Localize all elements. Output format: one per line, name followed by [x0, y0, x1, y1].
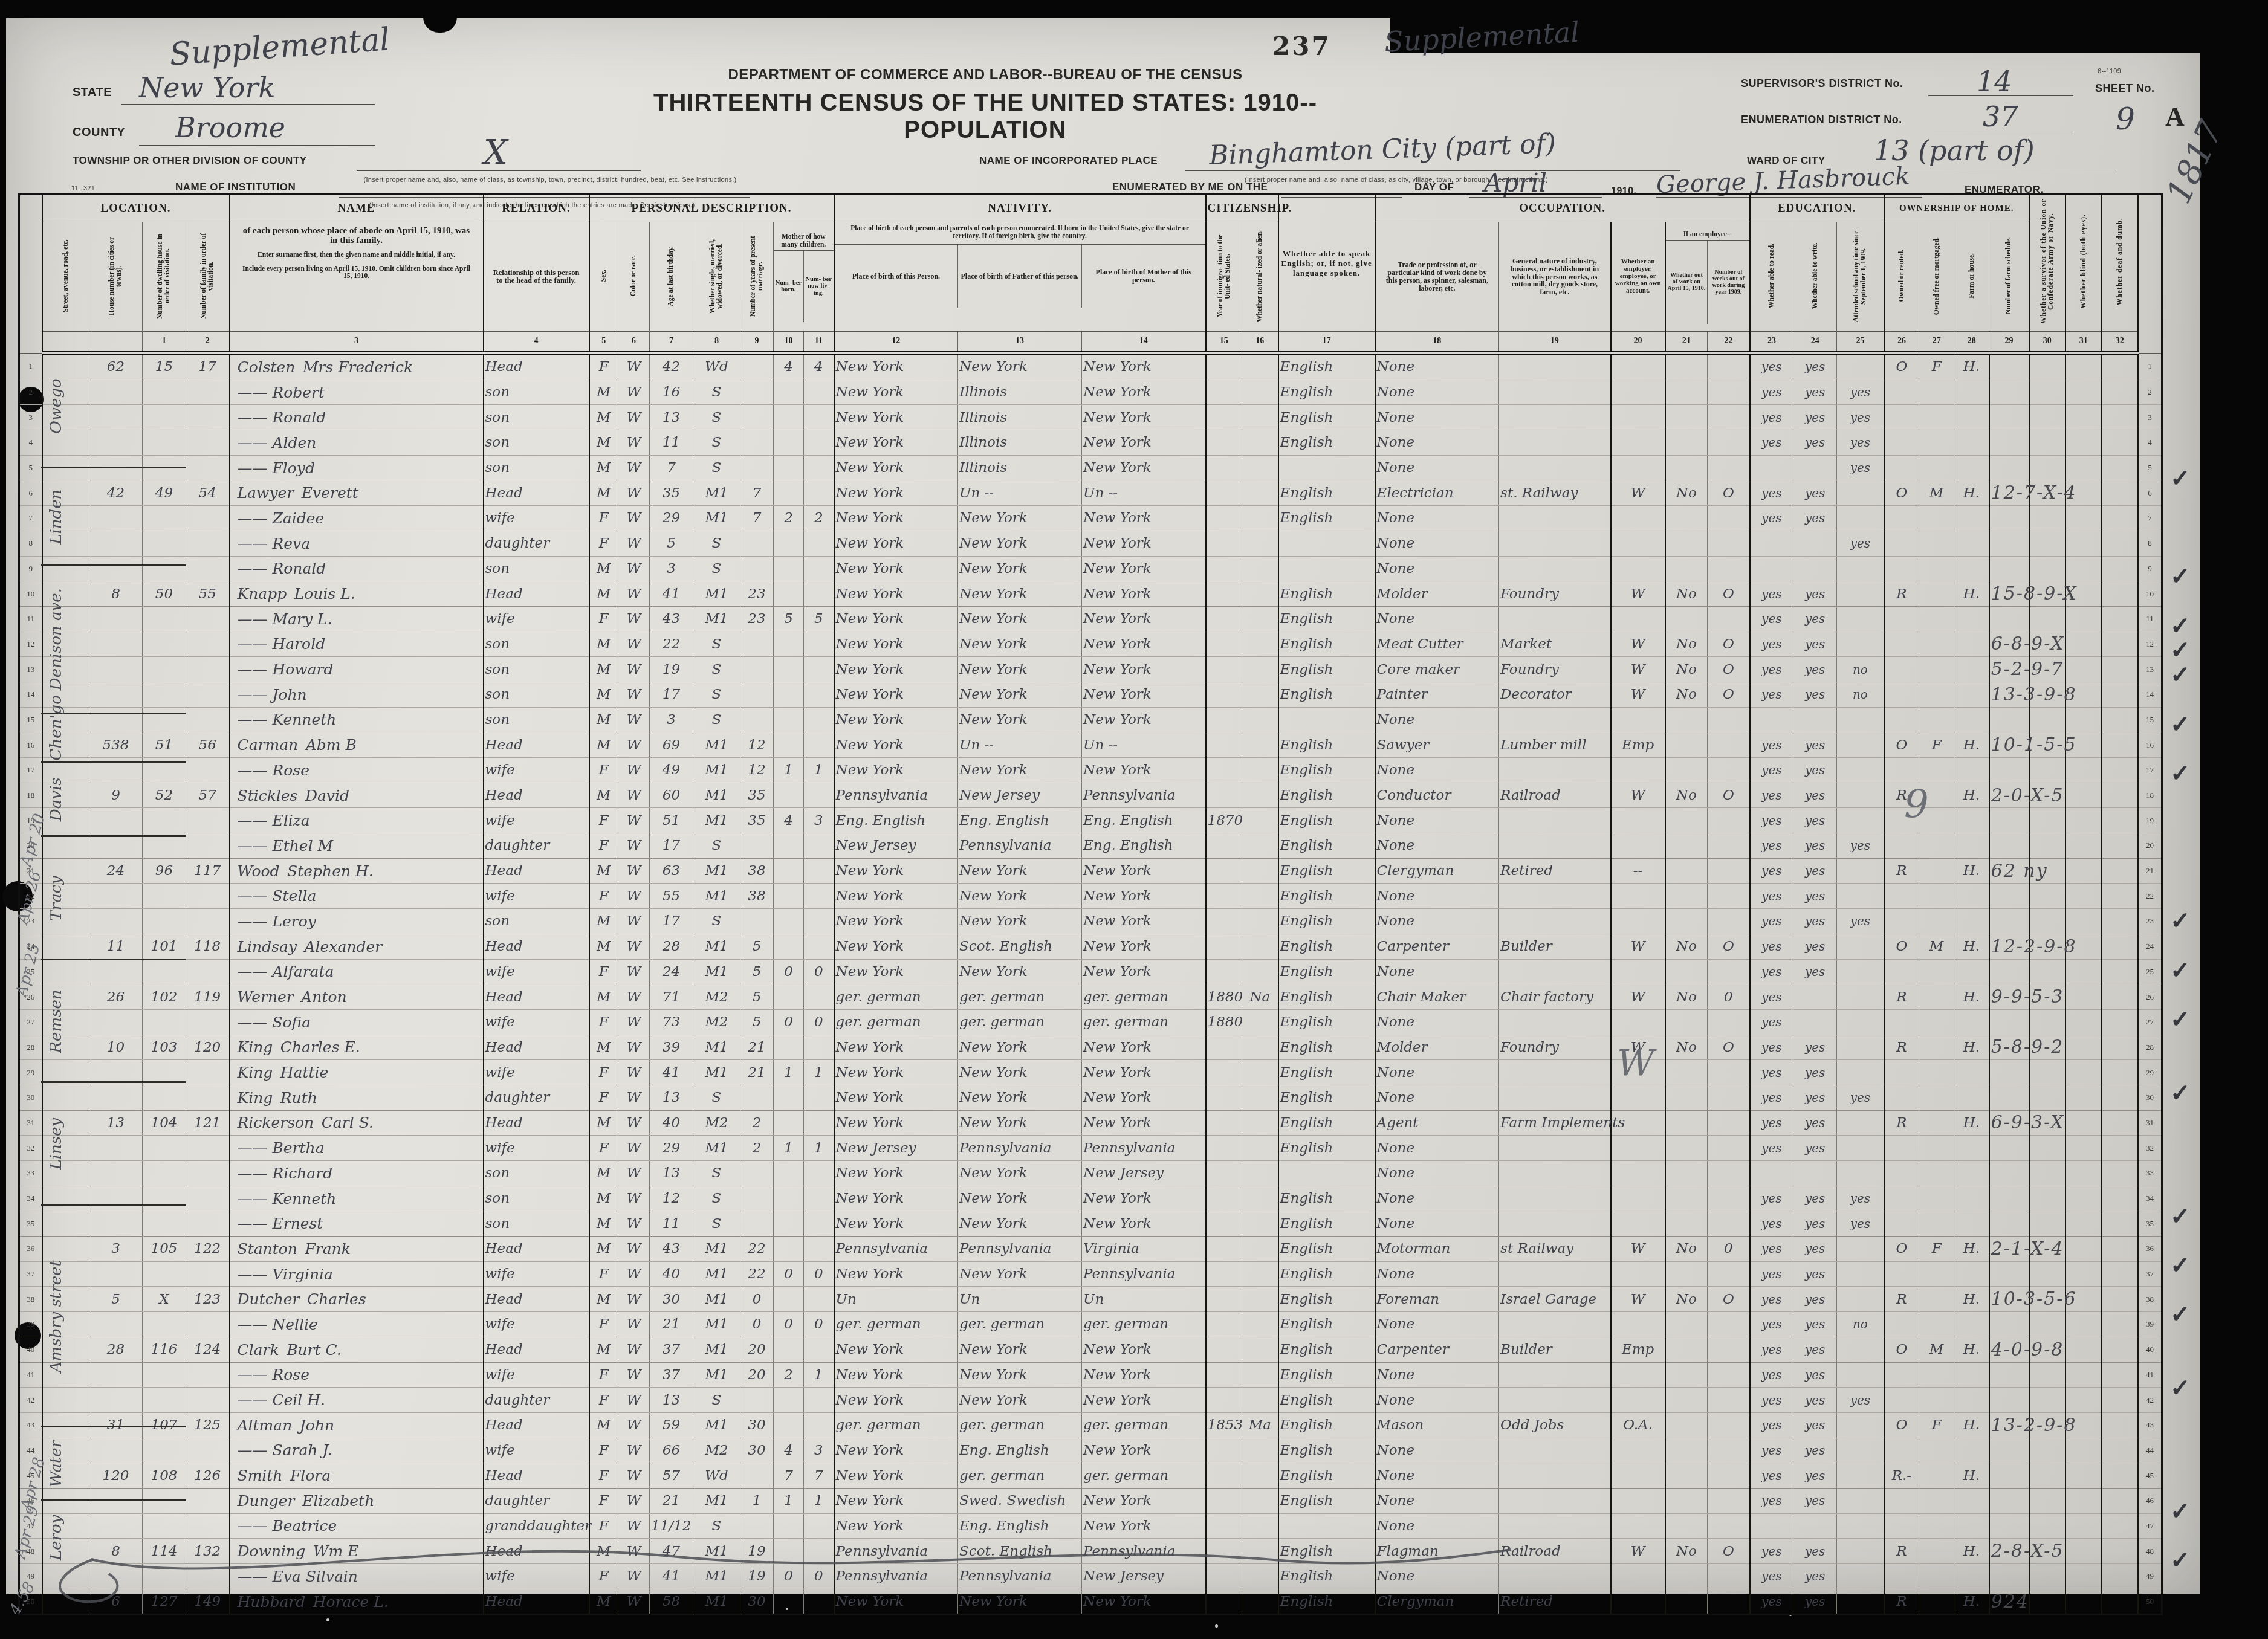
census-row: 15—— KennethsonMW3SNew YorkNew YorkNew Y…	[19, 707, 2162, 732]
county-label: COUNTY	[73, 126, 125, 140]
census-row: 3—— RonaldsonMW13SNew YorkIllinoisNew Yo…	[19, 405, 2162, 430]
enumerated-label: ENUMERATED BY ME ON THE	[1112, 181, 1268, 193]
sheet-letter: A	[2165, 102, 2185, 132]
col-english: Whether able to speak English; or, if no…	[1278, 195, 1375, 332]
col-farm-schedule: Number of farm schedule.	[1989, 222, 2029, 332]
check-mark: ✓	[2170, 464, 2191, 493]
line-number-col-left	[19, 195, 42, 354]
census-row: 7—— ZaideewifeFW29M1722New YorkNew YorkN…	[19, 506, 2162, 531]
col-naturalized: Whether natural- ized or alien.	[1242, 222, 1278, 332]
county-value: Broome	[175, 111, 285, 144]
col-owned: Owned or rented.	[1884, 222, 1919, 332]
pencil-annotation: 924	[1991, 1591, 2029, 1612]
street-label: Amsbry street	[47, 1208, 86, 1424]
census-row: 34—— KennethsonMW12SNew YorkNew YorkNew …	[19, 1186, 2162, 1211]
household-divider	[41, 1499, 186, 1501]
pencil-annotation: 5-8-9-2	[1991, 1036, 2064, 1058]
film-edge-right	[2200, 0, 2268, 1639]
bottom-flourish	[36, 1523, 1547, 1608]
check-mark: ✓	[2170, 1005, 2191, 1033]
pencil-annotation: 12-7-X-4	[1991, 482, 2077, 503]
col-school: Attended school any time since September…	[1837, 222, 1884, 332]
census-row: 41—— RosewifeFW37M12021New YorkNew YorkN…	[19, 1362, 2162, 1388]
col-marital: Whether single, married, widowed, or div…	[693, 222, 740, 332]
street-label: Davis	[47, 765, 86, 834]
section-location: LOCATION.	[42, 195, 230, 222]
census-row: 2626102119Werner AntonHeadMW71M25ger. ge…	[19, 984, 2162, 1010]
check-mark: ✓	[2170, 907, 2191, 935]
supervisor-value: 14	[1977, 65, 2012, 98]
census-row: 1621517Colsten Mrs FrederickHeadFW42Wd44…	[19, 353, 2162, 380]
household-divider	[41, 1426, 186, 1427]
township-value: X	[484, 133, 508, 172]
check-mark: ✓	[2170, 759, 2191, 787]
census-row: 39—— NelliewifeFW21M1000ger. germanger. …	[19, 1312, 2162, 1337]
check-mark: ✓	[2170, 956, 2191, 984]
census-row: 12—— HaroldsonMW22SNew YorkNew YorkNew Y…	[19, 632, 2162, 657]
check-mark: ✓	[2170, 710, 2191, 739]
state-label: STATE	[73, 86, 112, 100]
street-label: Denison ave.	[47, 568, 86, 711]
pencil-mark: W	[1617, 1043, 1654, 1085]
census-row: 44—— Sarah J.wifeFW66M23043New YorkEng. …	[19, 1438, 2162, 1463]
household-divider	[41, 467, 186, 468]
census-row: 13—— HowardsonMW19SNew YorkNew YorkNew Y…	[19, 657, 2162, 682]
census-row: 45120108126Smith FloraHeadFW57Wd77New Yo…	[19, 1463, 2162, 1489]
census-row: 212496117Wood Stephen H.HeadMW63M138New …	[19, 858, 2162, 884]
street-label: Linden	[47, 470, 86, 564]
household-divider	[41, 1081, 186, 1083]
title-line: THIRTEENTH CENSUS OF THE UNITED STATES: …	[580, 89, 1390, 144]
col-color: Color or race.	[618, 222, 650, 332]
street-label: Owego	[47, 347, 86, 465]
day-of-label: DAY OF	[1414, 181, 1454, 193]
census-row: 6424954Lawyer EverettHeadMW35M17New York…	[19, 480, 2162, 506]
sheet-label: SHEET No.	[2095, 82, 2155, 95]
nativity-detail: Place of birth of each person and parent…	[834, 222, 1206, 332]
household-divider	[41, 761, 186, 763]
institution-label: NAME OF INSTITUTION	[175, 181, 296, 193]
census-row: 165385156Carman Abm BHeadMW69M112New Yor…	[19, 732, 2162, 758]
section-home: OWNERSHIP OF HOME.	[1884, 195, 2029, 222]
census-row: 42—— Ceil H.daughterFW13SNew YorkNew Yor…	[19, 1388, 2162, 1413]
census-row: 8—— RevadaughterFW5SNew YorkNew YorkNew …	[19, 531, 2162, 556]
supervisor-label: SUPERVISOR'S DISTRICT No.	[1741, 77, 1903, 90]
census-row: 14—— JohnsonMW17SNew YorkNew YorkNew Yor…	[19, 682, 2162, 707]
col-if-employee: If an employee-- Whether out of work on …	[1665, 222, 1750, 332]
col-write: Whether able to write.	[1793, 222, 1837, 332]
ward-value: 13 (part of)	[1874, 134, 2035, 167]
page-stamp: 237	[1272, 31, 1331, 61]
col-dwelling: Number of dwelling house in order of vis…	[143, 222, 186, 332]
sheet-form-number: 6--1109	[2098, 68, 2121, 75]
census-row: 1085055Knapp Louis L.HeadMW41M123New Yor…	[19, 581, 2162, 607]
pencil-annotation: 62 ny	[1991, 861, 2048, 882]
check-mark: ✓	[2170, 1300, 2191, 1328]
ward-label: WARD OF CITY	[1747, 155, 1826, 167]
pencil-annotation: 2-1-X-4	[1991, 1238, 2064, 1259]
col-age: Age at last birthday.	[650, 222, 693, 332]
census-row: 23—— LeroysonMW17SNew YorkNew YorkNew Yo…	[19, 909, 2162, 934]
check-mark: ✓	[2170, 1202, 2191, 1230]
census-row: 2810103120King Charles E.HeadMW39M121New…	[19, 1035, 2162, 1060]
pencil-annotation: 9-9-5-3	[1991, 986, 2064, 1007]
place-label: NAME OF INCORPORATED PLACE	[979, 155, 1158, 167]
col-deaf: Whether deaf and dumb.	[2102, 195, 2138, 332]
census-row: 35—— ErnestsonMW11SNew YorkNew YorkNew Y…	[19, 1211, 2162, 1237]
pencil-annotation: 6-8-9-X	[1991, 633, 2065, 655]
census-row: 4028116124Clark Burt C.HeadMW37M120New Y…	[19, 1337, 2162, 1362]
form-number-left: 11--321	[71, 185, 95, 192]
census-row: 5—— FloydsonMW7SNew YorkIllinoisNew York…	[19, 455, 2162, 480]
col-trade: Trade or profession of, or particular ki…	[1375, 222, 1499, 332]
pencil-annotation: 13-3-9-8	[1991, 684, 2077, 705]
street-label: Water	[47, 1429, 86, 1498]
census-row: 37—— VirginiawifeFW40M12200New YorkNew Y…	[19, 1261, 2162, 1287]
pencil-annotation: 6-9-3-X	[1991, 1112, 2065, 1133]
enum-district-label: ENUMERATION DISTRICT No.	[1741, 114, 1902, 126]
state-value: New York	[139, 71, 275, 104]
col-street: Street, avenue, road, etc.	[42, 222, 89, 332]
census-row: 363105122Stanton FrankHeadMW43M122Pennsy…	[19, 1237, 2162, 1262]
pencil-annotation: 10-1-5-5	[1991, 734, 2077, 755]
pencil-annotation: 15-8-9-X	[1991, 583, 2078, 604]
pencil-mark: 9	[1904, 783, 1929, 827]
census-row: 27—— SofiawifeFW73M2500ger. germanger. g…	[19, 1009, 2162, 1035]
col-industry: General nature of industry, business, or…	[1499, 222, 1611, 332]
census-row: 4331107125Altman JohnHeadMW59M130ger. ge…	[19, 1412, 2162, 1438]
col-survivor: Whether a survivor of the Union or Confe…	[2029, 195, 2065, 332]
col-blind: Whether blind (both eyes).	[2065, 195, 2102, 332]
census-row: 9—— RonaldsonMW3SNew YorkNew YorkNew Yor…	[19, 556, 2162, 581]
census-scan-page: Supplemental Supplemental 237 STATE New …	[0, 0, 2268, 1639]
check-mark: ✓	[2170, 1374, 2191, 1402]
section-name: NAME	[230, 195, 484, 222]
census-row: 33—— RichardsonMW13SNew YorkNew YorkNew …	[19, 1161, 2162, 1186]
household-divider	[41, 835, 186, 837]
pencil-annotation: 2-0-X-5	[1991, 785, 2064, 806]
check-mark: ✓	[2170, 1497, 2191, 1525]
col-relation: Relationship of this person to the head …	[484, 222, 589, 332]
dept-line: DEPARTMENT OF COMMERCE AND LABOR--BUREAU…	[653, 66, 1318, 83]
census-row: 385X123Dutcher CharlesHeadMW30M10UnUnUnE…	[19, 1287, 2162, 1312]
township-label: TOWNSHIP OR OTHER DIVISION OF COUNTY	[73, 155, 307, 167]
household-divider	[41, 1204, 186, 1206]
line-number-col-right	[2138, 195, 2162, 354]
street-label: Linsey	[47, 1085, 86, 1203]
col-mother-children: Mother of how many children. Num- ber bo…	[774, 222, 834, 332]
col-house: House number (in cities or towns).	[89, 222, 143, 332]
pencil-annotation: 5-2-9-7	[1991, 659, 2064, 680]
enum-district-value: 37	[1983, 100, 2018, 133]
census-row: 46Dunger ElizabethdaughterFW21M1111New Y…	[19, 1488, 2162, 1513]
census-row: 29King HattiewifeFW41M12111New YorkNew Y…	[19, 1060, 2162, 1085]
census-row: 2—— RobertsonMW16SNew YorkIllinoisNew Yo…	[19, 380, 2162, 405]
census-table: LOCATION. NAME RELATION. PERSONAL DESCRI…	[18, 193, 2163, 1615]
section-relation: RELATION.	[484, 195, 589, 222]
census-row: 22—— StellawifeFW55M138New YorkNew YorkN…	[19, 884, 2162, 909]
street-label: Remsen	[47, 962, 86, 1081]
census-row: 11—— Mary L.wifeFW43M12355New YorkNew Yo…	[19, 606, 2162, 632]
col-farm: Farm or house.	[1954, 222, 1989, 332]
col-sex: Sex.	[589, 222, 618, 332]
census-row: 4—— AldensonMW11SNew YorkIllinoisNew Yor…	[19, 430, 2162, 456]
col-free: Owned free or mortgaged.	[1919, 222, 1954, 332]
pencil-annotation: 12-2-9-8	[1991, 936, 2077, 957]
pencil-annotation: 13-2-9-8	[1991, 1415, 2077, 1436]
pencil-annotation: 10-3-5-6	[1991, 1288, 2077, 1310]
col-family: Number of family in order of visitation.	[186, 222, 230, 332]
census-row: 3113104121Rickerson Carl S.HeadMW40M22Ne…	[19, 1110, 2162, 1136]
col-read: Whether able to read.	[1750, 222, 1793, 332]
pencil-annotation: 2-8-X-5	[1991, 1540, 2064, 1562]
check-mark: ✓	[2170, 1251, 2191, 1279]
street-label: Tracy	[47, 839, 86, 957]
section-education: EDUCATION.	[1750, 195, 1884, 222]
census-row: 20—— Ethel MdaughterFW17SNew JerseyPenns…	[19, 833, 2162, 859]
col-immigration: Year of immigra- tion to the Unit- ed St…	[1206, 222, 1242, 332]
household-divider	[41, 959, 186, 960]
section-personal: PERSONAL DESCRIPTION.	[589, 195, 834, 222]
col-years-married: Number of years of present marriage.	[740, 222, 774, 332]
census-row: 2411101118Lindsay AlexanderHeadMW28M15Ne…	[19, 934, 2162, 959]
census-row: 19—— ElizawifeFW51M13543Eng. EnglishEng.…	[19, 808, 2162, 833]
section-citizenship: CITIZENSHIP.	[1206, 195, 1278, 222]
census-row: 17—— RosewifeFW49M11211New YorkNew YorkN…	[19, 758, 2162, 783]
check-mark: ✓	[2170, 562, 2191, 590]
check-mark: ✓	[2170, 1546, 2191, 1574]
township-note: (Insert proper name and, also, name of c…	[357, 176, 744, 184]
census-row: 25—— AlfaratawifeFW24M1500New YorkNew Yo…	[19, 959, 2162, 984]
household-divider	[41, 564, 186, 566]
census-row: 32—— BerthawifeFW29M1211New JerseyPennsy…	[19, 1136, 2162, 1161]
col-name: of each person whose place of abode on A…	[230, 222, 484, 332]
census-row: 1895257Stickles DavidHeadMW60M135Pennsyl…	[19, 783, 2162, 808]
section-occupation: OCCUPATION.	[1375, 195, 1750, 222]
col-employer: Whether an employer, employee, or workin…	[1611, 222, 1665, 332]
section-nativity: NATIVITY.	[834, 195, 1206, 222]
check-mark: ✓	[2170, 661, 2191, 689]
column-numbers-row: 12 34 567 891011 121314 1516 17 1819 202…	[19, 332, 2162, 354]
check-mark: ✓	[2170, 1079, 2191, 1107]
sheet-value: 9	[2116, 102, 2135, 137]
census-row: 30King RuthdaughterFW13SNew YorkNew York…	[19, 1085, 2162, 1110]
pencil-annotation: 4-0-9-8	[1991, 1339, 2064, 1360]
street-label: Chen'go	[47, 716, 86, 760]
